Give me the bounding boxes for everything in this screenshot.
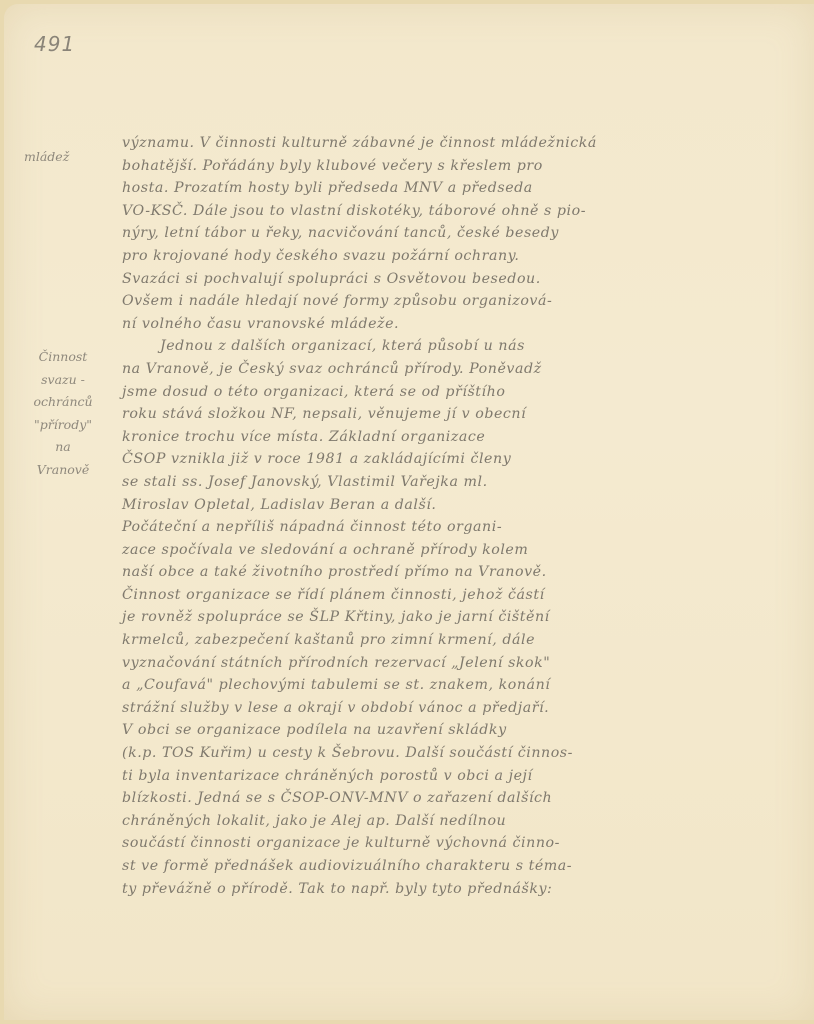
- margin-note-line: Vranově: [18, 459, 108, 482]
- text-line: Miroslav Opletal, Ladislav Beran a další…: [122, 494, 722, 517]
- margin-note-csop: Činnost svazu - ochránců "přírody" na Vr…: [18, 346, 108, 481]
- text-line: Ovšem i nadále hledají nové formy způsob…: [122, 290, 722, 313]
- text-line: významu. V činnosti kulturně zábavné je …: [122, 132, 722, 155]
- margin-note-line: ochránců: [18, 391, 108, 414]
- text-line: hosta. Prozatím hosty byli předseda MNV …: [122, 177, 722, 200]
- text-line: ní volného času vranovské mládeže.: [122, 313, 722, 336]
- text-line: bohatější. Pořádány byly klubové večery …: [122, 155, 722, 178]
- text-line: ti byla inventarizace chráněných porostů…: [122, 765, 722, 788]
- text-line: (k.p. TOS Kuřim) u cesty k Šebrovu. Dalš…: [122, 742, 722, 765]
- text-line: st ve formě přednášek audiovizuálního ch…: [122, 855, 722, 878]
- text-line: roku stává složkou NF, nepsali, věnujeme…: [122, 403, 722, 426]
- text-line: nýry, letní tábor u řeky, nacvičování ta…: [122, 222, 722, 245]
- text-line: na Vranově, je Český svaz ochránců příro…: [122, 358, 722, 381]
- text-line: chráněných lokalit, jako je Alej ap. Dal…: [122, 810, 722, 833]
- margin-note-line: svazu -: [18, 369, 108, 392]
- text-line: blízkosti. Jedná se s ČSOP-ONV-MNV o zař…: [122, 787, 722, 810]
- text-line: krmelců, zabezpečení kaštanů pro zimní k…: [122, 629, 722, 652]
- text-line: naší obce a také životního prostředí pří…: [122, 561, 722, 584]
- chronicle-page: 491 mládež Činnost svazu - ochránců "pří…: [4, 4, 814, 1020]
- text-line: jsme dosud o této organizaci, která se o…: [122, 381, 722, 404]
- margin-note-line: na: [18, 436, 108, 459]
- margin-note-youth: mládež: [24, 146, 69, 169]
- text-line: VO-KSČ. Dále jsou to vlastní diskotéky, …: [122, 200, 722, 223]
- text-line: a „Coufavá" plechovými tabulemi se st. z…: [122, 674, 722, 697]
- margin-note-line: "přírody": [18, 414, 108, 437]
- text-line: je rovněž spolupráce se ŠLP Křtiny, jako…: [122, 606, 722, 629]
- text-line: se stali ss. Josef Janovský, Vlastimil V…: [122, 471, 722, 494]
- text-line: Počáteční a nepříliš nápadná činnost tét…: [122, 516, 722, 539]
- text-line: Svazáci si pochvalují spolupráci s Osvět…: [122, 268, 722, 291]
- page-number: 491: [34, 32, 75, 56]
- text-line: kronice trochu více místa. Základní orga…: [122, 426, 722, 449]
- text-line: pro krojované hody českého svazu požární…: [122, 245, 722, 268]
- text-line: zace spočívala ve sledování a ochraně př…: [122, 539, 722, 562]
- text-line: součástí činnosti organizace je kulturně…: [122, 832, 722, 855]
- text-line: Jednou z dalších organizací, která působ…: [122, 335, 722, 358]
- text-line: ČSOP vznikla již v roce 1981 a zakládají…: [122, 448, 722, 471]
- text-line: strážní služby v lese a okrají v období …: [122, 697, 722, 720]
- text-line: vyznačování státních přírodních rezervac…: [122, 652, 722, 675]
- handwritten-body-text: významu. V činnosti kulturně zábavné je …: [122, 132, 722, 900]
- text-line: ty převážně o přírodě. Tak to např. byly…: [122, 878, 722, 901]
- margin-note-line: Činnost: [18, 346, 108, 369]
- text-line: V obci se organizace podílela na uzavřen…: [122, 719, 722, 742]
- text-line: Činnost organizace se řídí plánem činnos…: [122, 584, 722, 607]
